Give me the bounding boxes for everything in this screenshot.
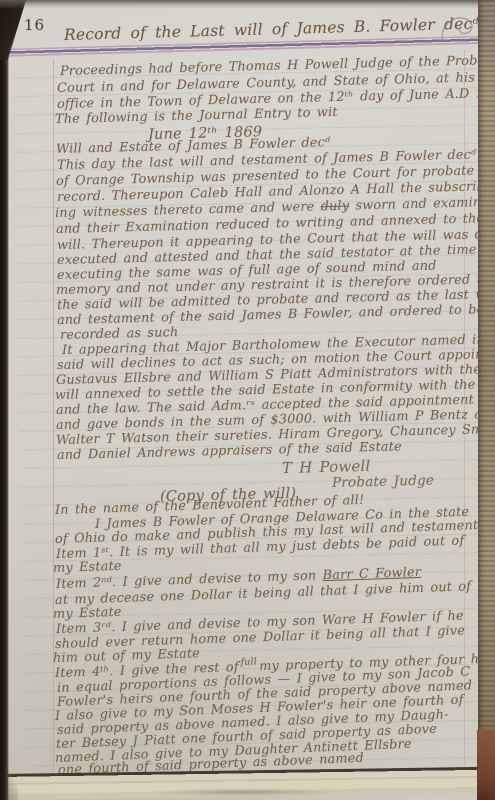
bottom-smudge-mark	[150, 788, 340, 796]
book-binding-edge	[0, 0, 9, 800]
scanned-ledger-page: 16 Record of the Last will of James B. F…	[0, 0, 495, 800]
page-curl-mark	[437, 12, 477, 48]
book-fore-edge	[478, 0, 495, 800]
inserted-word: full	[240, 656, 257, 668]
manuscript-line: my Estate	[53, 559, 122, 576]
leather-corner	[477, 730, 495, 800]
struck-word: duly	[320, 199, 349, 215]
page-number: 16	[24, 16, 45, 34]
top-edge-shadow	[0, 0, 495, 9]
judge-signature-title: Probate Judge	[332, 472, 434, 491]
